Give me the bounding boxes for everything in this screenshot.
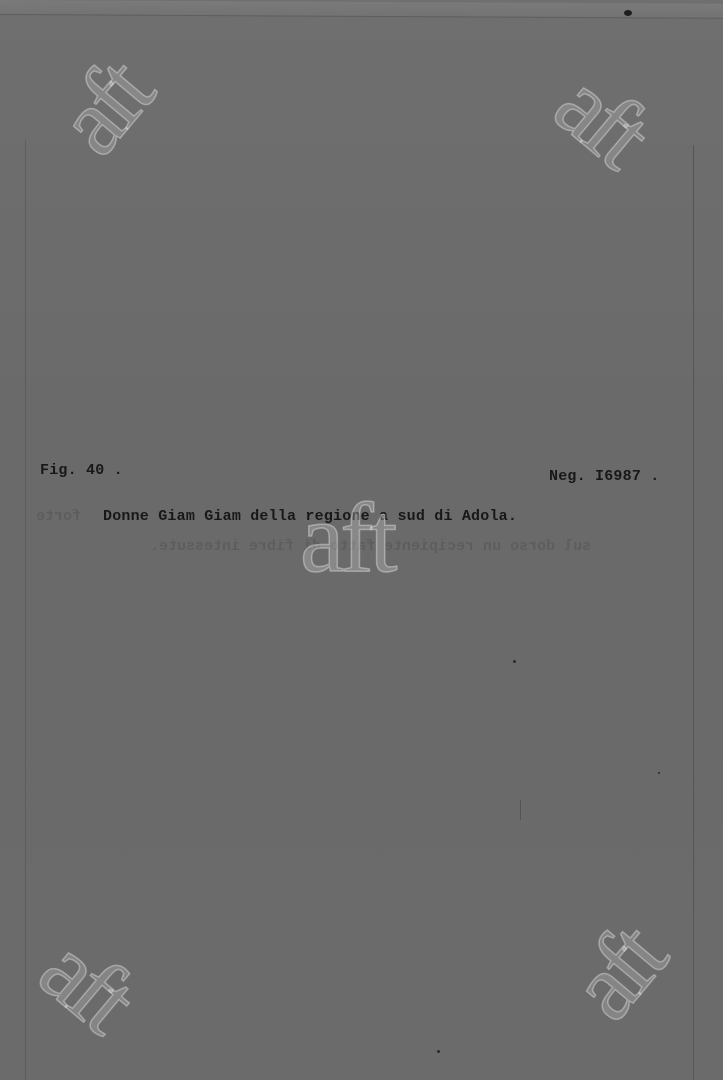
dust-speck xyxy=(513,660,516,663)
scratch-mark xyxy=(520,800,521,820)
archive-card: forte sul dorso un recipiente fatto di f… xyxy=(0,0,723,1080)
dust-speck xyxy=(658,772,660,774)
dust-speck xyxy=(437,1050,440,1053)
negative-number: Neg. I6987 . xyxy=(549,468,659,485)
bleed-through-fragment: forte xyxy=(36,508,81,525)
figure-label: Fig. 40 . xyxy=(40,462,123,479)
watermark-top-left: aft xyxy=(40,45,167,170)
watermark-top-right: aft xyxy=(539,54,664,181)
watermark-bottom-left: aft xyxy=(24,919,149,1046)
left-crease-line xyxy=(25,140,26,1080)
right-crease-line xyxy=(693,145,694,1080)
watermark-center: aft xyxy=(300,488,393,588)
ink-spot xyxy=(624,10,632,16)
top-edge-strip xyxy=(0,0,723,19)
watermark-bottom-right: aft xyxy=(553,910,680,1035)
